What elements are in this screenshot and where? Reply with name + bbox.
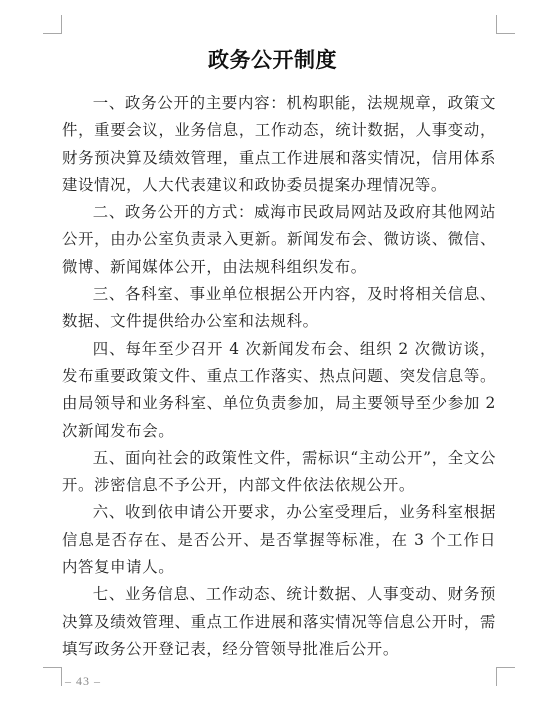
paragraph-6: 六、收到依申请公开要求，办公室受理后，业务科室根据信息是否存在、是否公开、是否掌… — [62, 499, 496, 581]
crop-mark-bottom-right — [496, 667, 515, 686]
page-number: – 43 – — [65, 674, 101, 689]
crop-mark-bottom-left — [43, 667, 62, 686]
document-body: 一、政务公开的主要内容：机构职能，法规规章，政策文件，重要会议，业务信息，工作动… — [62, 90, 496, 663]
paragraph-4: 四、每年至少召开 4 次新闻发布会、组织 2 次微访谈，发布重要政策文件、重点工… — [62, 336, 496, 445]
paragraph-3: 三、各科室、事业单位根据公开内容，及时将相关信息、数据、文件提供给办公室和法规科… — [62, 281, 496, 336]
paragraph-5: 五、面向社会的政策性文件，需标识“主动公开”，全文公开。涉密信息不予公开，内部文… — [62, 445, 496, 500]
paragraph-1: 一、政务公开的主要内容：机构职能，法规规章，政策文件，重要会议，业务信息，工作动… — [62, 90, 496, 199]
paragraph-2: 二、政务公开的方式：威海市民政局网站及政府其他网站公开，由办公室负责录入更新。新… — [62, 199, 496, 281]
crop-mark-top-right — [496, 15, 515, 34]
paragraph-7: 七、业务信息、工作动态、统计数据、人事变动、财务预决算及绩效管理、重点工作进展和… — [62, 581, 496, 663]
document-title: 政务公开制度 — [0, 47, 545, 73]
crop-mark-top-left — [43, 15, 62, 34]
